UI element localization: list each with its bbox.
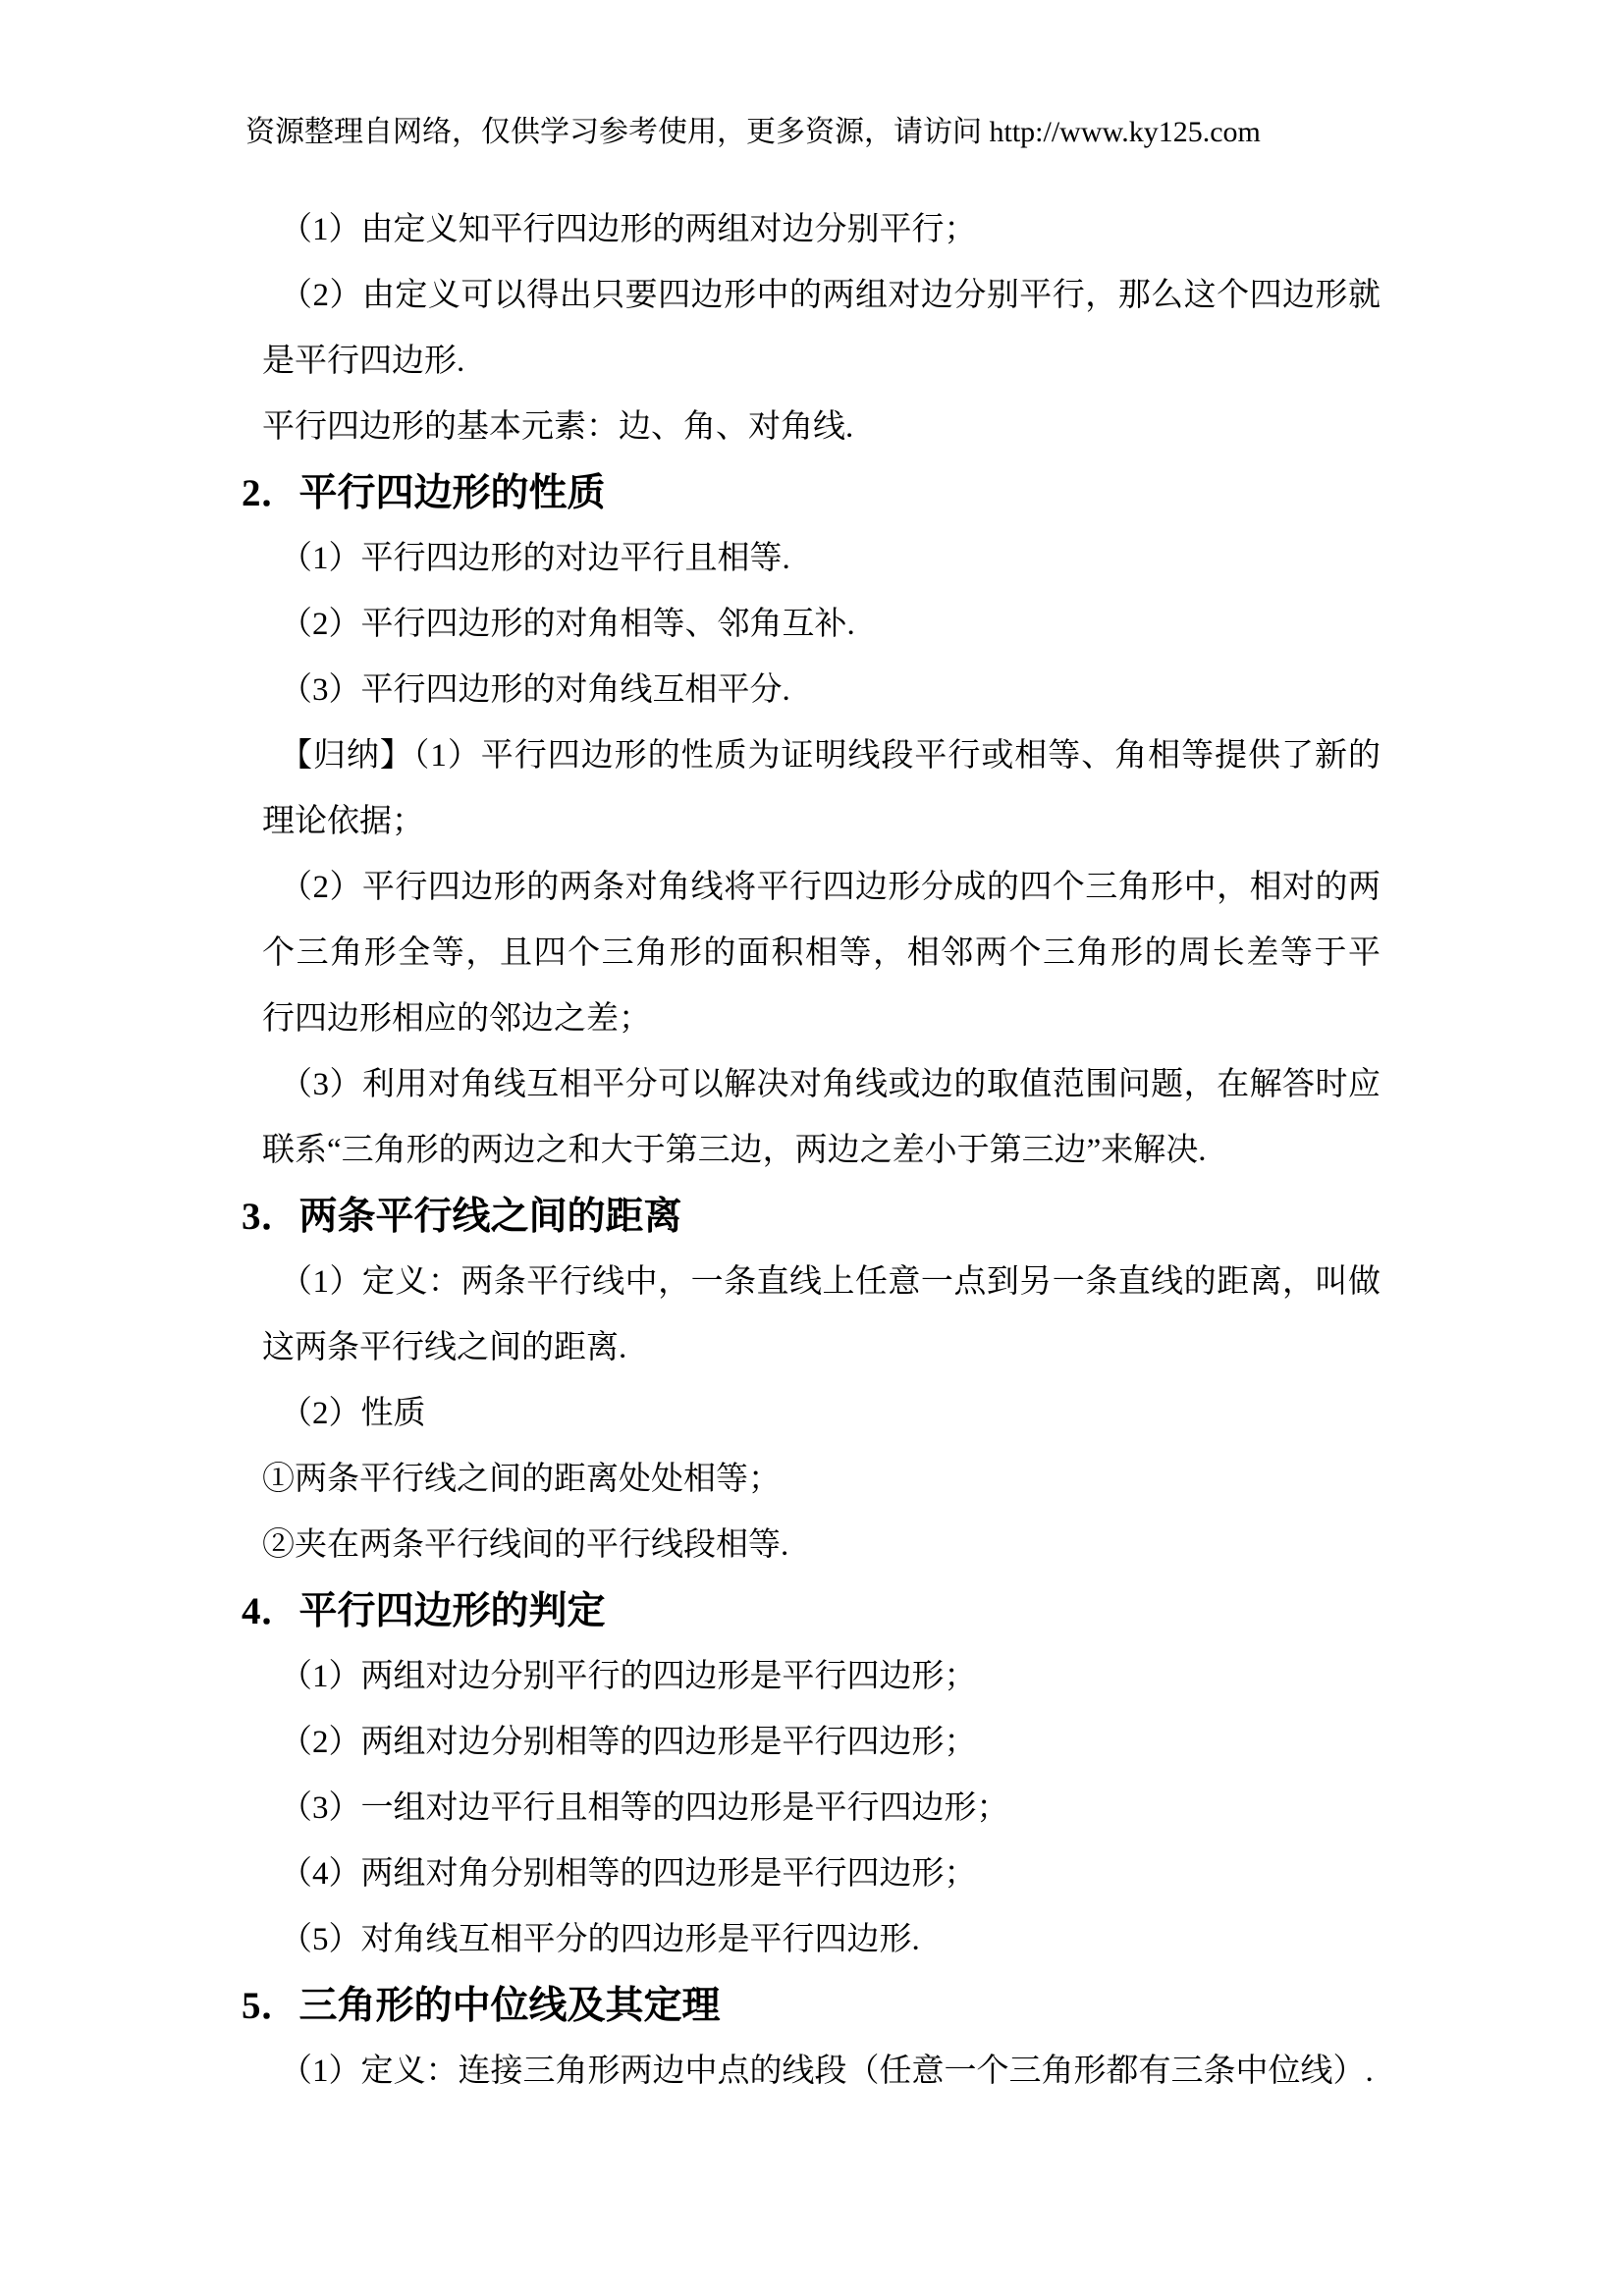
doc-line: 【归纳】（1）平行四边形的性质为证明线段平行或相等、角相等提供了新的 <box>262 723 1380 789</box>
section-heading: 3．两条平行线之间的距离 <box>242 1184 1380 1250</box>
doc-line: ①两条平行线之间的距离处处相等； <box>262 1447 1380 1513</box>
doc-line: （5）对角线互相平分的四边形是平行四边形. <box>262 1907 1380 1973</box>
doc-line: （1）两组对边分别平行的四边形是平行四边形； <box>262 1644 1380 1710</box>
doc-line: ②夹在两条平行线间的平行线段相等. <box>262 1513 1380 1578</box>
doc-line: 理论依据； <box>262 789 1380 855</box>
doc-line: 是平行四边形. <box>262 329 1380 395</box>
doc-line: 这两条平行线之间的距离. <box>262 1315 1380 1381</box>
doc-line: （3）平行四边形的对角线互相平分. <box>262 658 1380 723</box>
doc-line: （1）定义：两条平行线中，一条直线上任意一点到另一条直线的距离，叫做 <box>262 1250 1380 1315</box>
doc-line: （3）利用对角线互相平分可以解决对角线或边的取值范围问题，在解答时应 <box>262 1052 1380 1118</box>
document-page: 资源整理自网络，仅供学习参考使用，更多资源，请访问 http://www.ky1… <box>0 0 1624 2296</box>
page-header-text: 资源整理自网络，仅供学习参考使用，更多资源，请访问 http://www.ky1… <box>245 110 1384 155</box>
doc-line: 个三角形全等，且四个三角形的面积相等，相邻两个三角形的周长差等于平 <box>262 921 1380 987</box>
doc-line: （3）一组对边平行且相等的四边形是平行四边形； <box>262 1776 1380 1842</box>
doc-line: （1）平行四边形的对边平行且相等. <box>262 526 1380 592</box>
doc-line: （2）性质 <box>262 1381 1380 1447</box>
doc-line: （1）定义：连接三角形两边中点的线段（任意一个三角形都有三条中位线）. <box>262 2039 1380 2105</box>
doc-line: 行四边形相应的邻边之差； <box>262 987 1380 1052</box>
doc-line: （2）两组对边分别相等的四边形是平行四边形； <box>262 1710 1380 1776</box>
doc-line: （4）两组对角分别相等的四边形是平行四边形； <box>262 1842 1380 1907</box>
doc-line: 平行四边形的基本元素：边、角、对角线. <box>262 395 1380 460</box>
section-heading: 4．平行四边形的判定 <box>242 1578 1380 1644</box>
doc-line: （2）平行四边形的两条对角线将平行四边形分成的四个三角形中，相对的两 <box>262 855 1380 921</box>
doc-line: （2）平行四边形的对角相等、邻角互补. <box>262 592 1380 658</box>
section-heading: 5．三角形的中位线及其定理 <box>242 1973 1380 2039</box>
doc-line: 联系“三角形的两边之和大于第三边，两边之差小于第三边”来解决. <box>262 1118 1380 1184</box>
doc-line: （2）由定义可以得出只要四边形中的两组对边分别平行，那么这个四边形就 <box>262 263 1380 329</box>
section-heading: 2．平行四边形的性质 <box>242 460 1380 526</box>
document-body: （1）由定义知平行四边形的两组对边分别平行；（2）由定义可以得出只要四边形中的两… <box>242 197 1380 2105</box>
doc-line: （1）由定义知平行四边形的两组对边分别平行； <box>262 197 1380 263</box>
